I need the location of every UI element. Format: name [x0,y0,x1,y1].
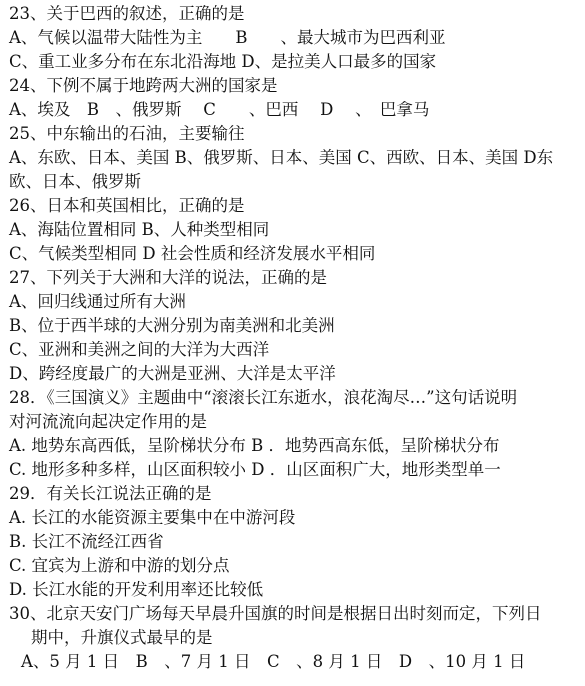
options-line: C. 地形多种多样，山区面积较小 D ．山区面积广大，地形类型单一 [9,458,579,482]
question-30: 30、北京天安门广场每天早晨升国旗的时间是根据日出时刻而定，下列日 期中，升旗仪… [9,602,579,674]
options-line: A、5 月 1 日 B 、7 月 1 日 C 、8 月 1 日 D 、10 月 … [9,650,579,674]
question-stem: 30、北京天安门广场每天早晨升国旗的时间是根据日出时刻而定，下列日 [9,602,579,626]
question-28: 28．《三国演义》主题曲中“滚滚长江东逝水，浪花淘尽…”这句话说明 对河流流向起… [9,386,579,482]
options-line: A. 地势东高西低，呈阶梯状分布 B ．地势西高东低，呈阶梯状分布 [9,434,579,458]
question-stem: 23、关于巴西的叙述，正确的是 [9,2,579,26]
question-26: 26、日本和英国相比，正确的是 A、海陆位置相同 B、人种类型相同 C、气候类型… [9,194,579,266]
options-line: C、重工业多分布在东北沿海地 D、是拉美人口最多的国家 [9,50,579,74]
options-line: C、气候类型相同 D 社会性质和经济发展水平相同 [9,242,579,266]
question-27: 27、下列关于大洲和大洋的说法，正确的是 A、回归线通过所有大洲 B、位于西半球… [9,266,579,386]
question-stem: 29．有关长江说法正确的是 [9,482,579,506]
question-24: 24、下例不属于地跨两大洲的国家是 A、埃及 B 、俄罗斯 C 、巴西 D 、 … [9,74,579,122]
options-line: A、东欧、日本、美国 B、俄罗斯、日本、美国 C、西欧、日本、美国 D东 [9,146,579,170]
options-line: 欧、日本、俄罗斯 [9,170,579,194]
question-stem-cont: 对河流流向起决定作用的是 [9,410,579,434]
question-stem-cont: 期中，升旗仪式最早的是 [9,626,579,650]
question-25: 25、中东输出的石油，主要输往 A、东欧、日本、美国 B、俄罗斯、日本、美国 C… [9,122,579,194]
options-line: A、海陆位置相同 B、人种类型相同 [9,218,579,242]
question-stem: 28．《三国演义》主题曲中“滚滚长江东逝水，浪花淘尽…”这句话说明 [9,386,579,410]
question-stem: 25、中东输出的石油，主要输往 [9,122,579,146]
option-b: B、位于西半球的大洲分别为南美洲和北美洲 [9,314,579,338]
option-c: C. 宜宾为上游和中游的划分点 [9,554,579,578]
option-c: C、亚洲和美洲之间的大洋为大西洋 [9,338,579,362]
question-stem: 27、下列关于大洲和大洋的说法，正确的是 [9,266,579,290]
question-stem: 26、日本和英国相比，正确的是 [9,194,579,218]
option-a: A、回归线通过所有大洲 [9,290,579,314]
options-line: A、埃及 B 、俄罗斯 C 、巴西 D 、 巴拿马 [9,98,579,122]
option-b: B. 长江不流经江西省 [9,530,579,554]
option-d: D、跨经度最广的大洲是亚洲、大洋是太平洋 [9,362,579,386]
options-line: A、气候以温带大陆性为主 B 、最大城市为巴西利亚 [9,26,579,50]
exam-document: 23、关于巴西的叙述，正确的是 A、气候以温带大陆性为主 B 、最大城市为巴西利… [9,2,579,674]
question-stem: 24、下例不属于地跨两大洲的国家是 [9,74,579,98]
option-d: D. 长江水能的开发利用率还比较低 [9,578,579,602]
question-23: 23、关于巴西的叙述，正确的是 A、气候以温带大陆性为主 B 、最大城市为巴西利… [9,2,579,74]
question-29: 29．有关长江说法正确的是 A. 长江的水能资源主要集中在中游河段 B. 长江不… [9,482,579,602]
option-a: A. 长江的水能资源主要集中在中游河段 [9,506,579,530]
